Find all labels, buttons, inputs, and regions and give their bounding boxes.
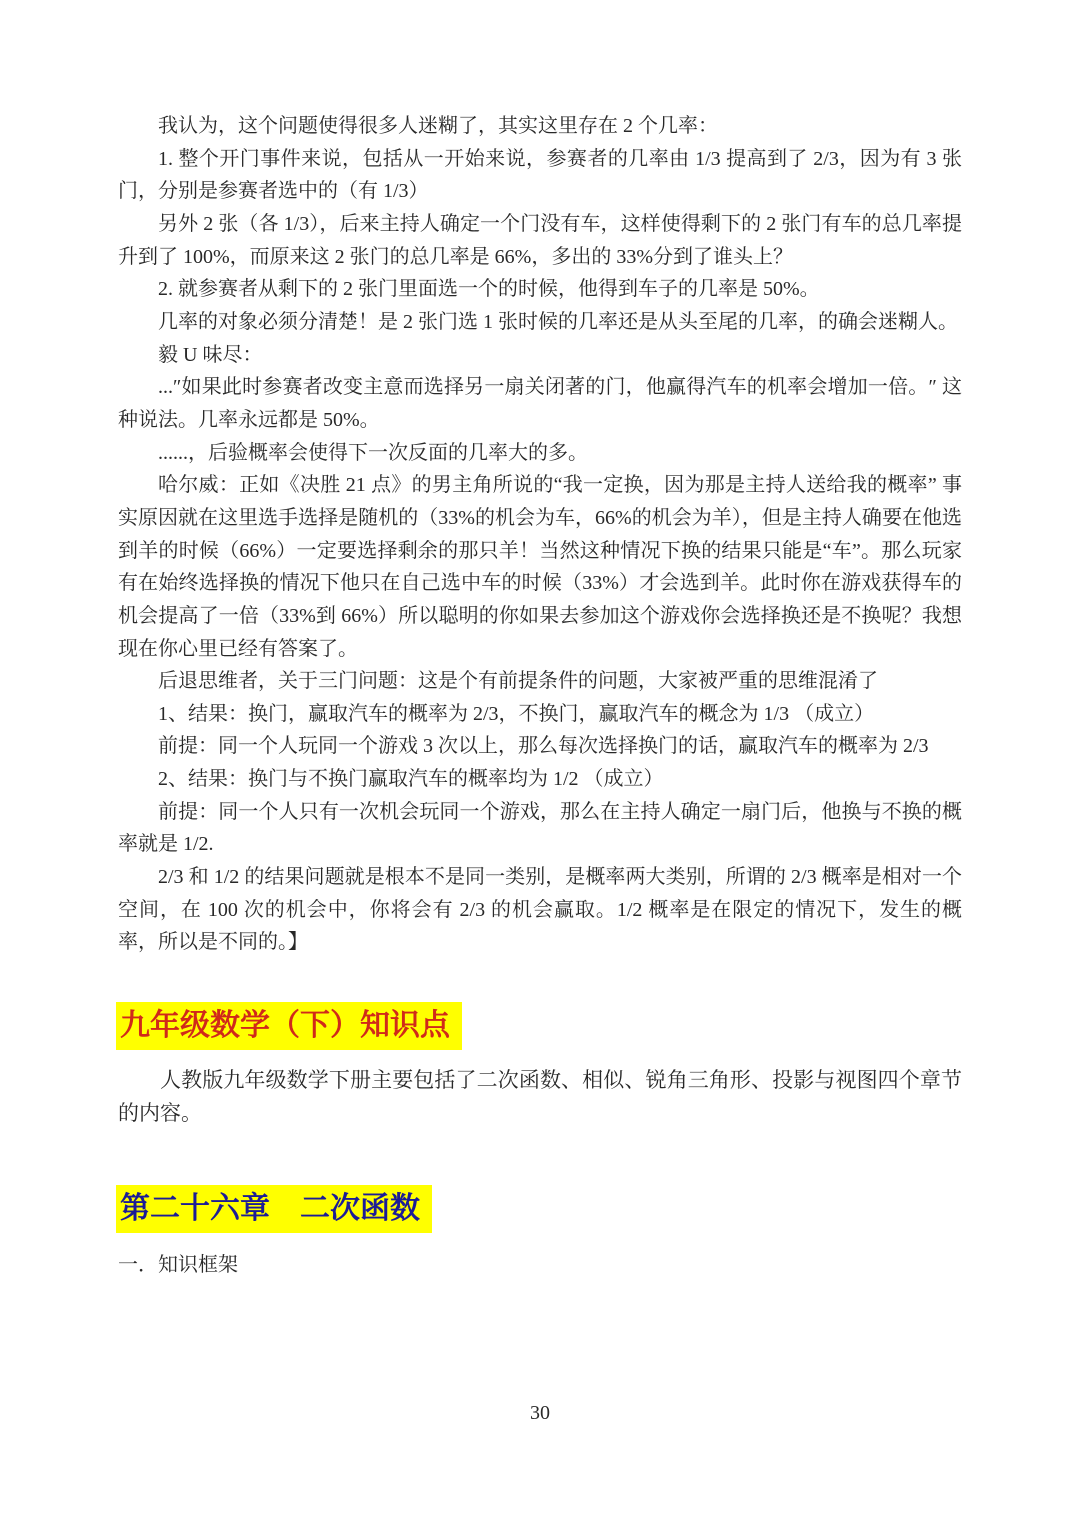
section-intro-paragraph: 人教版九年级数学下册主要包括了二次函数、相似、锐角三角形、投影与视图四个章节的内…	[118, 1064, 962, 1129]
page-number: 30	[0, 1402, 1080, 1425]
chapter-heading-26-quadratic-functions: 第二十六章 二次函数	[116, 1185, 432, 1233]
page-content: 我认为，这个问题使得很多人迷糊了，其实这里存在 2 个几率： 1. 整个开门事件…	[118, 110, 962, 1281]
paragraph: ...″如果此时参赛者改变主意而选择另一扇关闭著的门，他赢得汽车的机率会增加一倍…	[118, 371, 962, 436]
paragraph: 前提：同一个人玩同一个游戏 3 次以上，那么每次选择换门的话，赢取汽车的概率为 …	[118, 730, 962, 763]
paragraph: 毅 U 味尽：	[118, 339, 962, 372]
subheading-knowledge-framework: 一．知识框架	[118, 1249, 962, 1281]
paragraph: 后退思维者，关于三门问题：这是个有前提条件的问题，大家被严重的思维混淆了	[118, 665, 962, 698]
paragraph: 几率的对象必须分清楚！是 2 张门选 1 张时候的几率还是从头至尾的几率，的确会…	[118, 306, 962, 339]
paragraph: 我认为，这个问题使得很多人迷糊了，其实这里存在 2 个几率：	[118, 110, 962, 143]
paragraph: 2/3 和 1/2 的结果问题就是根本不是同一类别，是概率两大类别，所谓的 2/…	[118, 861, 962, 959]
document-page: 我认为，这个问题使得很多人迷糊了，其实这里存在 2 个几率： 1. 整个开门事件…	[0, 0, 1080, 1526]
paragraph: 2、结果：换门与不换门赢取汽车的概率均为 1/2 （成立）	[118, 763, 962, 796]
paragraph: 前提：同一个人只有一次机会玩同一个游戏，那么在主持人确定一扇门后，他换与不换的概…	[118, 796, 962, 861]
section-heading-grade9-knowledge-points: 九年级数学（下）知识点	[116, 1002, 462, 1050]
paragraph: 1、结果：换门，赢取汽车的概率为 2/3，不换门，赢取汽车的概念为 1/3 （成…	[118, 698, 962, 731]
paragraph: 1. 整个开门事件来说，包括从一开始来说，参赛者的几率由 1/3 提高到了 2/…	[118, 143, 962, 208]
paragraph: 哈尔威：正如《决胜 21 点》的男主角所说的“我一定换，因为那是主持人送给我的概…	[118, 469, 962, 665]
paragraph: 另外 2 张（各 1/3），后来主持人确定一个门没有车，这样使得剩下的 2 张门…	[118, 208, 962, 273]
paragraph: ......，后验概率会使得下一次反面的几率大的多。	[118, 437, 962, 470]
paragraph: 2. 就参赛者从剩下的 2 张门里面选一个的时候，他得到车子的几率是 50%。	[118, 273, 962, 306]
